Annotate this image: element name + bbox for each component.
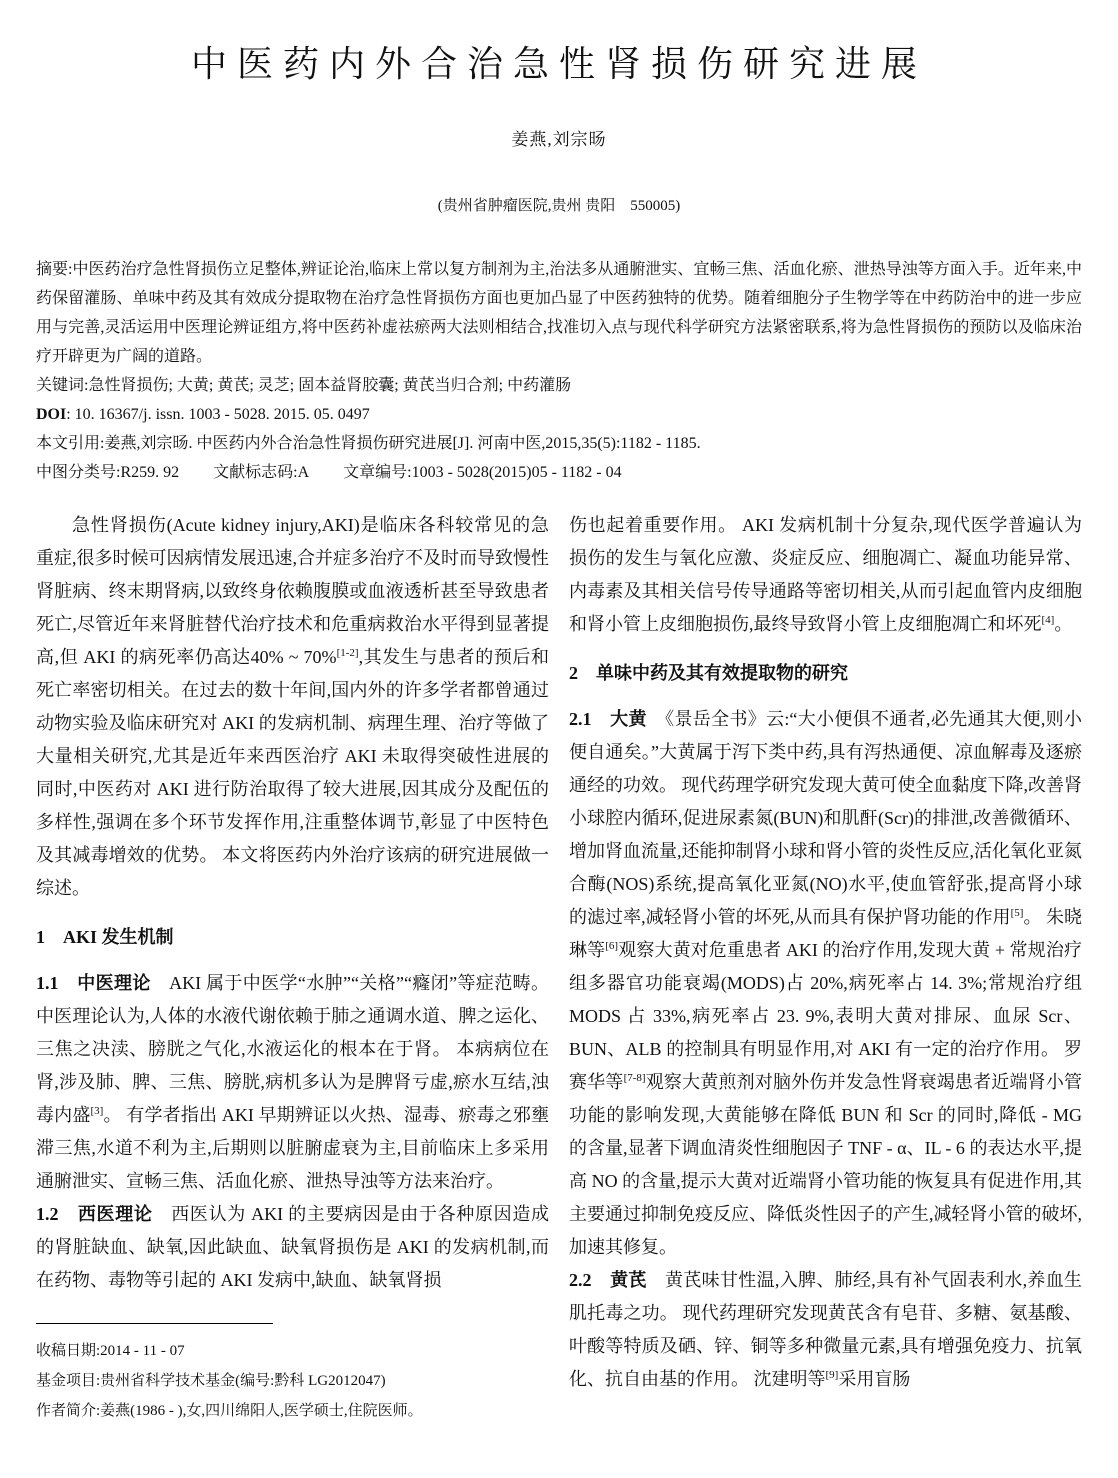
footnote-block: 收稿日期:2014 - 11 - 07 基金项目:贵州省科学技术基金(编号:黔科… [36, 1323, 549, 1426]
keywords-line: 关键词:急性肾损伤; 大黄; 黄芪; 灵芝; 固本益肾胶囊; 黄芪当归合剂; 中… [36, 371, 1082, 400]
paragraph-1-1: 1.1 中医理论 AKI 属于中医学“水肿”“关格”“癃闭”等症范畴。 中医理论… [36, 967, 549, 1198]
section-1-heading: 1 AKI 发生机制 [36, 921, 549, 954]
footnote-divider [36, 1323, 273, 1324]
column-left: 急性肾损伤(Acute kidney injury,AKI)是临床各科较常见的急… [36, 509, 549, 1426]
paragraph-2-1: 2.1 大黄 《景岳全书》云:“大小便俱不通者,必先通其大便,则小便自通矣。”大… [569, 703, 1082, 1264]
affiliation-line: (贵州省肿瘤医院,贵州 贵阳 550005) [36, 194, 1082, 215]
intro-paragraph: 急性肾损伤(Acute kidney injury,AKI)是临床各科较常见的急… [36, 509, 549, 905]
document-code: 文献标志码:A [213, 464, 309, 481]
section-2-heading: 2 单味中药及其有效提取物的研究 [569, 657, 1082, 690]
paragraph-2-2: 2.2 黄芪 黄芪味甘性温,入脾、肺经,具有补气固表利水,养血生肌托毒之功。 现… [569, 1264, 1082, 1396]
meta-block: 摘要:中医药治疗急性肾损伤立足整体,辨证论治,临床上常以复方制剂为主,治法多从通… [36, 255, 1082, 487]
citation-line: 本文引用:姜燕,刘宗旸. 中医药内外合治急性肾损伤研究进展[J]. 河南中医,2… [36, 429, 1082, 458]
authors-line: 姜燕,刘宗旸 [36, 125, 1082, 150]
doi-line: DOI: 10. 16367/j. issn. 1003 - 5028. 201… [36, 400, 1082, 429]
classification-line: 中图分类号:R259. 92文献标志码:A文章编号:1003 - 5028(20… [36, 458, 1082, 487]
footnote-fund-project: 基金项目:贵州省科学技术基金(编号:黔科 LG2012047) [36, 1366, 549, 1396]
continuation-paragraph: 伤也起着重要作用。 AKI 发病机制十分复杂,现代医学普遍认为损伤的发生与氧化应… [569, 509, 1082, 641]
clc-number: 中图分类号:R259. 92 [36, 464, 179, 481]
abstract-paragraph: 摘要:中医药治疗急性肾损伤立足整体,辨证论治,临床上常以复方制剂为主,治法多从通… [36, 255, 1082, 371]
paper-page: 中医药内外合治急性肾损伤研究进展 姜燕,刘宗旸 (贵州省肿瘤医院,贵州 贵阳 5… [0, 0, 1118, 1478]
paragraph-1-2: 1.2 西医理论 西医认为 AKI 的主要病因是由于各种原因造成的肾脏缺血、缺氧… [36, 1198, 549, 1297]
column-right: 伤也起着重要作用。 AKI 发病机制十分复杂,现代医学普遍认为损伤的发生与氧化应… [569, 509, 1082, 1426]
footnote-author-bio: 作者简介:姜燕(1986 - ),女,四川绵阳人,医学硕士,住院医师。 [36, 1396, 549, 1426]
article-number: 文章编号:1003 - 5028(2015)05 - 1182 - 04 [343, 464, 622, 481]
footnote-received-date: 收稿日期:2014 - 11 - 07 [36, 1336, 549, 1366]
body-columns: 急性肾损伤(Acute kidney injury,AKI)是临床各科较常见的急… [36, 509, 1082, 1426]
page-title: 中医药内外合治急性肾损伤研究进展 [36, 36, 1082, 87]
